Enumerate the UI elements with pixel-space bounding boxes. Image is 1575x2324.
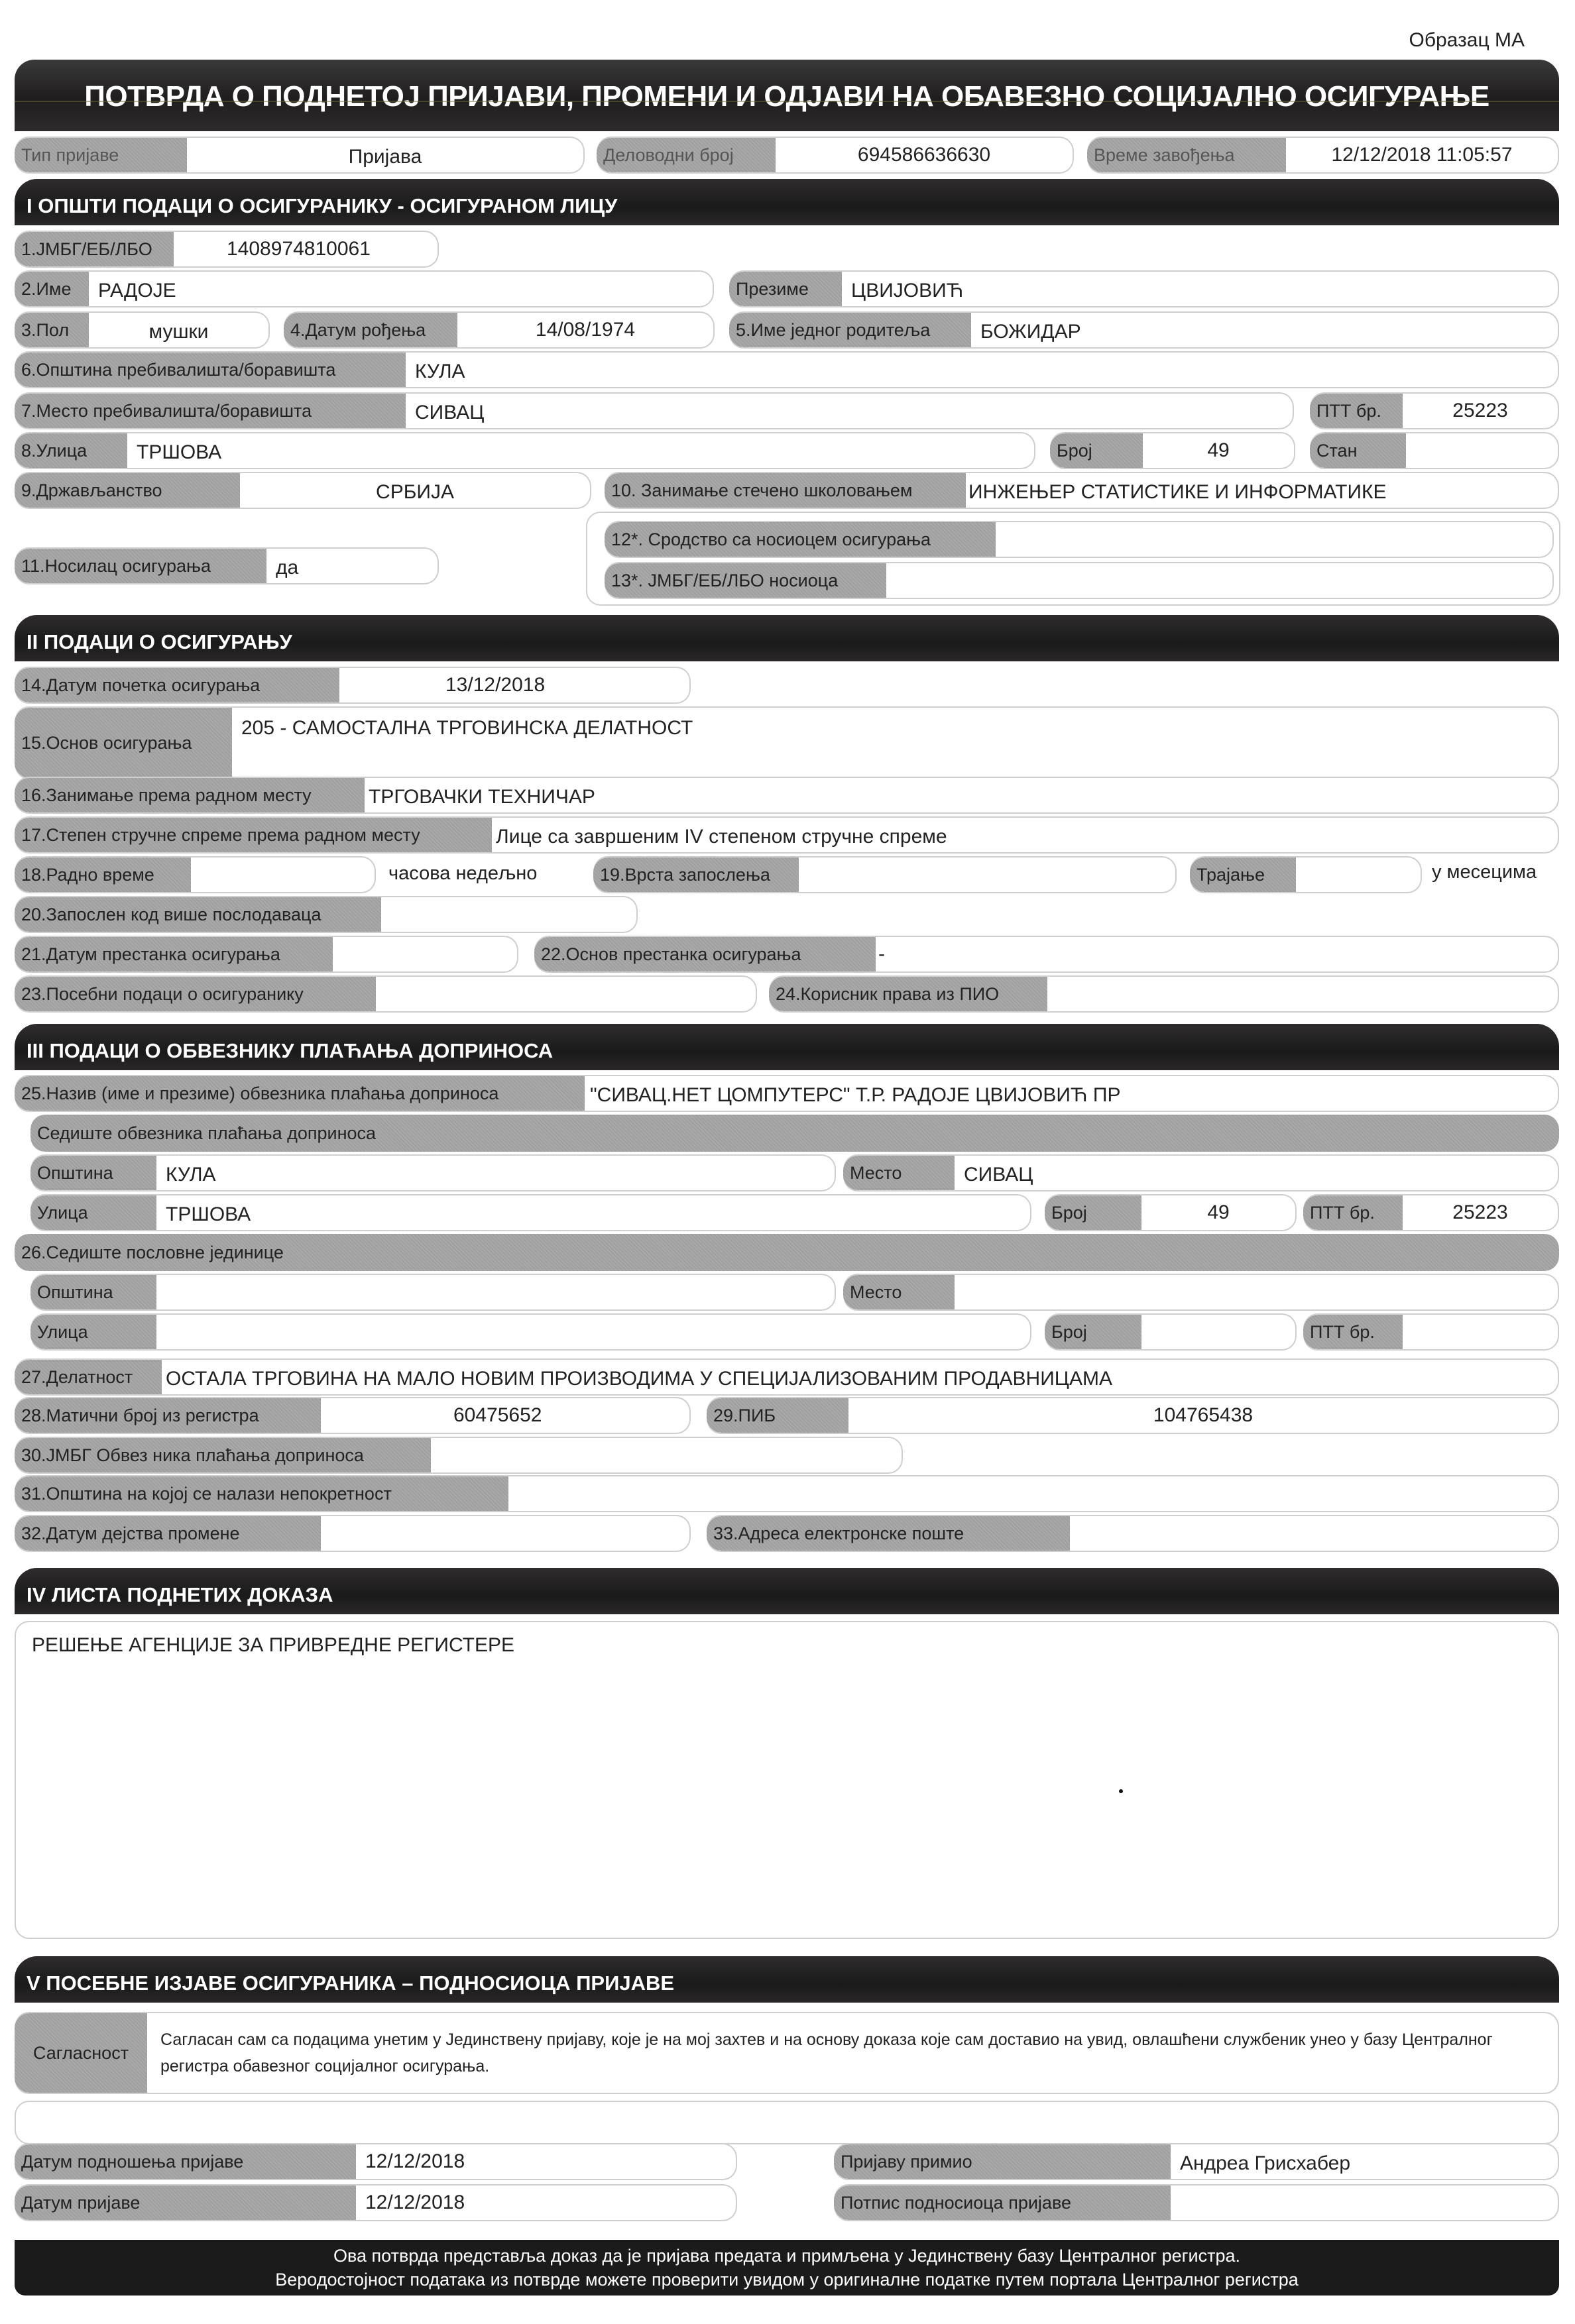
field-value (1171, 2186, 1558, 2220)
registration-time-value: 12/12/2018 11:05:57 (1286, 138, 1558, 172)
field-label: 21.Датум престанка осигурања (15, 937, 333, 971)
registration-time-field: Време завођења 12/12/2018 11:05:57 (1087, 137, 1559, 174)
section-4-header: IV ЛИСТА ПОДНЕТИХ ДОКАЗА (15, 1568, 1559, 1614)
field-label: 6.Општина пребивалишта/боравишта (15, 353, 406, 387)
field-label: Општина (30, 1156, 156, 1190)
field-value: 12/12/2018 (356, 2144, 736, 2179)
field-value (508, 1476, 1558, 1511)
field-label: 4.Датум рођења (284, 313, 457, 347)
field-label: 29.ПИБ (707, 1398, 848, 1433)
field-label: Улица (30, 1315, 156, 1349)
field-value (431, 1438, 902, 1472)
field-label: 11.Носилац осигурања (15, 549, 266, 583)
field-citizenship: 9.Држављанство СРБИЈА (15, 472, 591, 509)
field-value (1141, 1315, 1295, 1349)
field-birth-date: 4.Датум рођења 14/08/1974 (284, 311, 715, 349)
section-3-header: III ПОДАЦИ О ОБВЕЗНИКУ ПЛАЋАЊА ДОПРИНОСА (15, 1024, 1559, 1070)
field-value: Андреа Грисхабер (1171, 2144, 1558, 2179)
in-months-text: у месецима (1432, 861, 1537, 883)
field-value (955, 1275, 1558, 1309)
field-value (191, 858, 375, 892)
field-label: 5.Име једног родитеља (729, 313, 971, 347)
field-value: 49 (1143, 433, 1294, 468)
field-value: да (266, 549, 437, 583)
field-value: мушки (89, 313, 268, 347)
field-application-date: Датум пријаве 12/12/2018 (15, 2184, 737, 2221)
field-parent-name: 5.Име једног родитеља БОЖИДАР (729, 311, 1559, 349)
field-value: КУЛА (156, 1156, 835, 1190)
field-pension-beneficiary: 24.Корисник права из ПИО (769, 975, 1559, 1013)
registration-time-label: Време завођења (1087, 138, 1286, 172)
field-surname: Презиме ЦВИЈОВИЋ (729, 270, 1559, 307)
field-applicant-signature: Потпис подносиоца пријаве (834, 2184, 1559, 2221)
field-activity: 27.Делатност ОСТАЛА ТРГОВИНА НА МАЛО НОВ… (15, 1358, 1559, 1396)
field-label: 14.Датум почетка осигурања (15, 668, 339, 702)
field-label: Стан (1310, 433, 1406, 468)
field-value: РАДОЈЕ (89, 272, 713, 306)
field-value (1070, 1516, 1558, 1551)
field-label: ПТТ бр. (1303, 1195, 1403, 1230)
field-unit-postal-code: ПТТ бр. (1303, 1313, 1559, 1351)
field-unit-place: Место (843, 1274, 1559, 1311)
field-working-hours: 18.Радно време (15, 856, 376, 893)
field-value: ОСТАЛА ТРГОВИНА НА МАЛО НОВИМ ПРОИЗВОДИМ… (162, 1360, 1558, 1394)
field-label: 8.Улица (15, 433, 127, 468)
field-label: 2.Име (15, 272, 89, 306)
business-unit-title: 26.Седиште пословне јединице (15, 1234, 1559, 1271)
field-value: СРБИЈА (240, 473, 590, 508)
field-label: 13*. ЈМБГ/ЕБ/ЛБО носиоца (605, 563, 886, 598)
field-value: ЦВИЈОВИЋ (842, 272, 1558, 306)
field-value (376, 977, 756, 1011)
field-label: Потпис подносиоца пријаве (834, 2186, 1171, 2220)
field-job-occupation: 16.Занимање према радном месту ТРГОВАЧКИ… (15, 777, 1559, 814)
field-property-municipality: 31.Општина на којој се налази непокретно… (15, 1475, 1559, 1512)
field-value: 1408974810061 (174, 232, 437, 266)
field-label: 16.Занимање према радном месту (15, 778, 365, 812)
field-value: КУЛА (406, 353, 1558, 387)
field-label: Број (1045, 1195, 1141, 1230)
field-label: Број (1045, 1315, 1141, 1349)
field-label: Датум пријаве (15, 2186, 356, 2220)
field-label: Пријаву примио (834, 2144, 1171, 2179)
field-street: 8.Улица ТРШОВА (15, 432, 1035, 469)
field-label: Место (843, 1275, 955, 1309)
field-value: ИНЖЕЊЕР СТАТИСТИКЕ И ИНФОРМАТИКЕ (966, 473, 1558, 508)
field-label: 22.Основ престанка осигурања (534, 937, 876, 971)
field-label: 32.Датум дејства промене (15, 1516, 321, 1551)
field-value: Лице са завршеним IV степеном стручне сп… (492, 818, 1558, 852)
field-value: 49 (1141, 1195, 1295, 1230)
field-unit-street-number: Број (1045, 1313, 1297, 1351)
field-value (1406, 433, 1558, 468)
payer-seat-title: Седиште обвезника плаћања доприноса (30, 1115, 1559, 1152)
field-received-by: Пријаву примио Андреа Грисхабер (834, 2143, 1559, 2180)
payer-seat-header: Седиште обвезника плаћања доприноса (30, 1115, 1559, 1152)
field-label: Место (843, 1156, 955, 1190)
field-value: 205 - САМОСТАЛНА ТРГОВИНСКА ДЕЛАТНОСТ (232, 708, 1558, 778)
field-label: 10. Занимање стечено школовањем (605, 473, 966, 508)
field-value: 12/12/2018 (356, 2186, 736, 2220)
field-place: 7.Место пребивалишта/боравишта СИВАЦ (15, 392, 1294, 429)
consent-field: Сагласност Сагласан сам са подацима унет… (15, 2012, 1559, 2094)
field-registry-number: 28.Матични број из регистра 60475652 (15, 1397, 691, 1434)
document-number-value: 694586636630 (776, 138, 1073, 172)
field-first-name: 2.Име РАДОЈЕ (15, 270, 714, 307)
field-label: 28.Матични број из регистра (15, 1398, 321, 1433)
field-label: 1.ЈМБГ/ЕБ/ЛБО (15, 232, 174, 266)
field-label: Презиме (729, 272, 842, 306)
field-tax-id: 29.ПИБ 104765438 (707, 1397, 1559, 1434)
field-value (381, 897, 636, 932)
field-label: 15.Основ осигурања (15, 708, 232, 778)
section-2-header: II ПОДАЦИ О ОСИГУРАЊУ (15, 615, 1559, 661)
field-label: 9.Држављанство (15, 473, 240, 508)
field-insurance-start: 14.Датум почетка осигурања 13/12/2018 (15, 667, 691, 704)
field-qualification-level: 17.Степен стручне спреме према радном ме… (15, 816, 1559, 854)
field-special-data: 23.Посебни подаци о осигуранику (15, 975, 757, 1013)
application-type-field: Тип пријаве Пријава (15, 137, 585, 174)
field-payer-municipality: Општина КУЛА (30, 1154, 836, 1191)
field-relation-to-holder: 12*. Сродство са носиоцем осигурања (605, 521, 1554, 558)
field-unit-municipality: Општина (30, 1274, 836, 1311)
field-value (996, 522, 1552, 557)
field-label: Датум подношења пријаве (15, 2144, 356, 2179)
field-value (1047, 977, 1558, 1011)
field-value: ТРШОВА (127, 433, 1034, 468)
application-type-label: Тип пријаве (15, 138, 187, 172)
field-payer-name: 25.Назив (име и презиме) обвезника плаћа… (15, 1075, 1559, 1112)
field-value: СИВАЦ (955, 1156, 1558, 1190)
field-value (886, 563, 1552, 598)
field-value: 25223 (1403, 394, 1558, 428)
field-street-number: Број 49 (1050, 432, 1295, 469)
blank-row (15, 2101, 1559, 2144)
field-change-effective-date: 32.Датум дејства промене (15, 1515, 691, 1552)
field-value (799, 858, 1175, 892)
field-label: 31.Општина на којој се налази непокретно… (15, 1476, 508, 1511)
field-gender: 3.Пол мушки (15, 311, 270, 349)
field-value: ТРГОВАЧКИ ТЕХНИЧАР (365, 778, 1558, 812)
field-label: 3.Пол (15, 313, 89, 347)
field-label: Општина (30, 1275, 156, 1309)
field-label: 25.Назив (име и презиме) обвезника плаћа… (15, 1076, 585, 1111)
field-postal-code: ПТТ бр. 25223 (1310, 392, 1559, 429)
form-code: Образац МА (1409, 29, 1525, 52)
field-value (156, 1315, 1030, 1349)
business-unit-header: 26.Седиште пословне јединице (15, 1234, 1559, 1271)
field-jmbg: 1.ЈМБГ/ЕБ/ЛБО 1408974810061 (15, 231, 439, 268)
field-payer-postal-code: ПТТ бр. 25223 (1303, 1194, 1559, 1231)
field-label: Трајање (1190, 858, 1296, 892)
field-insurance-end: 21.Датум престанка осигурања (15, 936, 518, 973)
hours-per-week-text: часова недељно (388, 863, 537, 885)
field-payer-jmbg: 30.ЈМБГ Обвез ника плаћања доприноса (15, 1437, 903, 1474)
field-label: 33.Адреса електронске поште (707, 1516, 1070, 1551)
field-payer-place: Место СИВАЦ (843, 1154, 1559, 1191)
field-apartment: Стан (1310, 432, 1559, 469)
field-submission-date: Датум подношења пријаве 12/12/2018 (15, 2143, 737, 2180)
field-label: 12*. Сродство са носиоцем осигурања (605, 522, 996, 557)
document-number-field: Деловодни број 694586636630 (597, 137, 1074, 174)
evidence-list-box: РЕШЕЊЕ АГЕНЦИЈЕ ЗА ПРИВРЕДНЕ РЕГИСТЕРЕ (15, 1621, 1559, 1939)
field-value (1296, 858, 1421, 892)
footer-notice: Ова потврда представља доказ да је прија… (15, 2240, 1559, 2296)
field-value: "СИВАЦ.НЕТ ЦОМПУТЕРС" Т.Р. РАДОЈЕ ЦВИЈОВ… (585, 1076, 1558, 1111)
document-number-label: Деловодни број (597, 138, 776, 172)
field-value (156, 1275, 835, 1309)
field-holder-jmbg: 13*. ЈМБГ/ЕБ/ЛБО носиоца (605, 562, 1554, 599)
field-multiple-employers: 20.Запослен код више послодаваца (15, 896, 638, 933)
field-employment-type: 19.Врста запослења (593, 856, 1177, 893)
field-value: БОЖИДАР (971, 313, 1558, 347)
field-value: - (876, 937, 1558, 971)
field-education-occupation: 10. Занимање стечено школовањем ИНЖЕЊЕР … (605, 472, 1559, 509)
field-label: 17.Степен стручне спреме према радном ме… (15, 818, 492, 852)
field-label: ПТТ бр. (1310, 394, 1403, 428)
field-label: ПТТ бр. (1303, 1315, 1403, 1349)
field-payer-street-number: Број 49 (1045, 1194, 1297, 1231)
field-value: 14/08/1974 (457, 313, 713, 347)
field-label: 30.ЈМБГ Обвез ника плаћања доприноса (15, 1438, 431, 1472)
footer-line-2: Веродостојност података из потврде может… (15, 2268, 1559, 2292)
footer-line-1: Ова потврда представља доказ да је прија… (15, 2244, 1559, 2268)
evidence-item: РЕШЕЊЕ АГЕНЦИЈЕ ЗА ПРИВРЕДНЕ РЕГИСТЕРЕ (32, 1634, 514, 1657)
field-value: ТРШОВА (156, 1195, 1030, 1230)
field-value (1403, 1315, 1558, 1349)
field-label: 24.Корисник права из ПИО (769, 977, 1047, 1011)
field-label: 7.Место пребивалишта/боравишта (15, 394, 406, 428)
field-unit-street: Улица (30, 1313, 1031, 1351)
field-label: 19.Врста запослења (593, 858, 799, 892)
field-municipality: 6.Општина пребивалишта/боравишта КУЛА (15, 351, 1559, 388)
application-type-value: Пријава (187, 138, 583, 172)
field-value: 25223 (1403, 1195, 1558, 1230)
field-value: 60475652 (321, 1398, 689, 1433)
field-value (333, 937, 517, 971)
field-insurance-holder: 11.Носилац осигурања да (15, 547, 439, 584)
field-insurance-end-basis: 22.Основ престанка осигурања - (534, 936, 1559, 973)
field-label: 27.Делатност (15, 1360, 162, 1394)
scan-speck (1119, 1789, 1123, 1793)
field-value: 13/12/2018 (339, 668, 689, 702)
field-label: 20.Запослен код више послодаваца (15, 897, 381, 932)
field-label: 18.Радно време (15, 858, 191, 892)
field-label: 23.Посебни подаци о осигуранику (15, 977, 376, 1011)
consent-label: Сагласност (15, 2013, 147, 2093)
section-1-header: I ОПШТИ ПОДАЦИ О ОСИГУРАНИКУ - ОСИГУРАНО… (15, 179, 1559, 225)
page-title: ПОТВРДА О ПОДНЕТОЈ ПРИЈАВИ, ПРОМЕНИ И ОД… (15, 60, 1559, 131)
field-label: Број (1050, 433, 1143, 468)
field-payer-street: Улица ТРШОВА (30, 1194, 1031, 1231)
field-insurance-basis: 15.Основ осигурања 205 - САМОСТАЛНА ТРГО… (15, 706, 1559, 779)
consent-text: Сагласан сам са подацима унетим у Јединс… (147, 2013, 1558, 2093)
field-value (321, 1516, 689, 1551)
field-value: СИВАЦ (406, 394, 1293, 428)
field-duration: Трајање (1190, 856, 1422, 893)
section-5-header: V ПОСЕБНЕ ИЗЈАВЕ ОСИГУРАНИКА – ПОДНОСИОЦ… (15, 1956, 1559, 2003)
field-email: 33.Адреса електронске поште (707, 1515, 1559, 1552)
field-value: 104765438 (848, 1398, 1558, 1433)
field-label: Улица (30, 1195, 156, 1230)
